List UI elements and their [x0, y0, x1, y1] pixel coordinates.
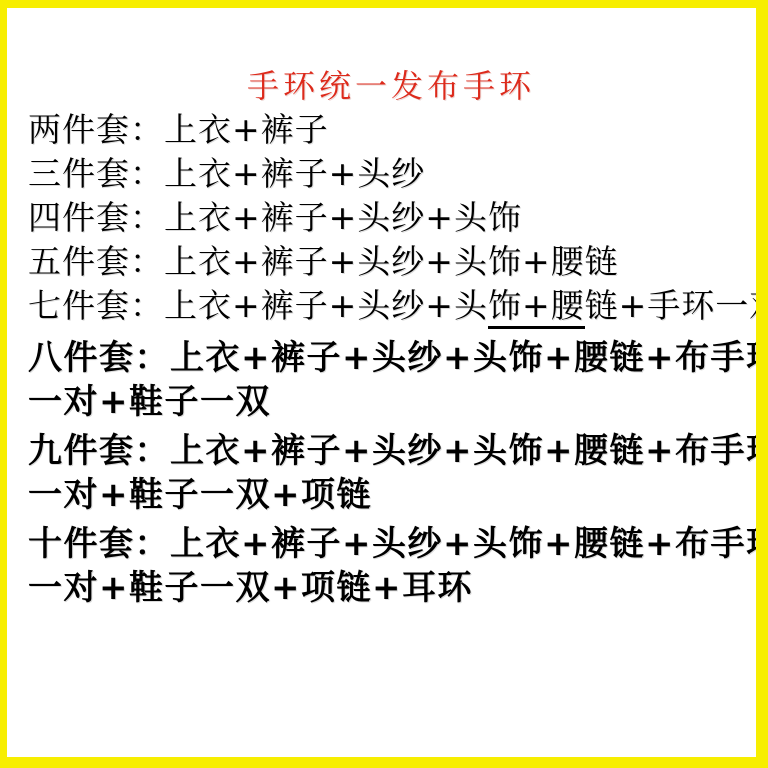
bundle-line-3piece: 三件套：上衣+裤子+头纱 [28, 152, 754, 196]
bundle-line-7piece-underlined: 饰+腰 [488, 286, 585, 329]
bundle-line-2piece: 两件套：上衣+裤子 [28, 108, 754, 152]
product-description-card: 手环统一发布手环 两件套：上衣+裤子 三件套：上衣+裤子+头纱 四件套：上衣+裤… [0, 0, 768, 768]
bundle-line-7piece-pre: 七件套：上衣+裤子+头纱+头 [28, 286, 488, 325]
bundle-line-9piece: 九件套：上衣+裤子+头纱+头饰+腰链+布手环 一对+鞋子一双+项链 [28, 429, 754, 517]
bundle-line-7piece-post: 链+手环一对 [585, 286, 768, 325]
bundle-line-10piece-row1: 十件套：上衣+裤子+头纱+头饰+腰链+布手环 [28, 522, 754, 566]
bundle-line-8piece-row2: 一对+鞋子一双 [28, 380, 754, 424]
bundle-line-8piece: 八件套：上衣+裤子+头纱+头饰+腰链+布手环 一对+鞋子一双 [28, 336, 754, 424]
bundle-line-8piece-row1: 八件套：上衣+裤子+头纱+头饰+腰链+布手环 [28, 336, 754, 380]
card-content: 手环统一发布手环 两件套：上衣+裤子 三件套：上衣+裤子+头纱 四件套：上衣+裤… [7, 68, 756, 610]
bundle-list-regular: 两件套：上衣+裤子 三件套：上衣+裤子+头纱 四件套：上衣+裤子+头纱+头饰 五… [28, 108, 754, 328]
bundle-line-4piece: 四件套：上衣+裤子+头纱+头饰 [28, 196, 754, 240]
bundle-line-7piece: 七件套：上衣+裤子+头纱+头饰+腰链+手环一对 [28, 284, 754, 328]
bundle-line-10piece-row2: 一对+鞋子一双+项链+耳环 [28, 566, 754, 610]
bundle-line-9piece-row2: 一对+鞋子一双+项链 [28, 473, 754, 517]
page-title: 手环统一发布手环 [28, 68, 754, 104]
bundle-line-5piece: 五件套：上衣+裤子+头纱+头饰+腰链 [28, 240, 754, 284]
bundle-line-9piece-row1: 九件套：上衣+裤子+头纱+头饰+腰链+布手环 [28, 429, 754, 473]
bundle-line-10piece: 十件套：上衣+裤子+头纱+头饰+腰链+布手环 一对+鞋子一双+项链+耳环 [28, 522, 754, 610]
